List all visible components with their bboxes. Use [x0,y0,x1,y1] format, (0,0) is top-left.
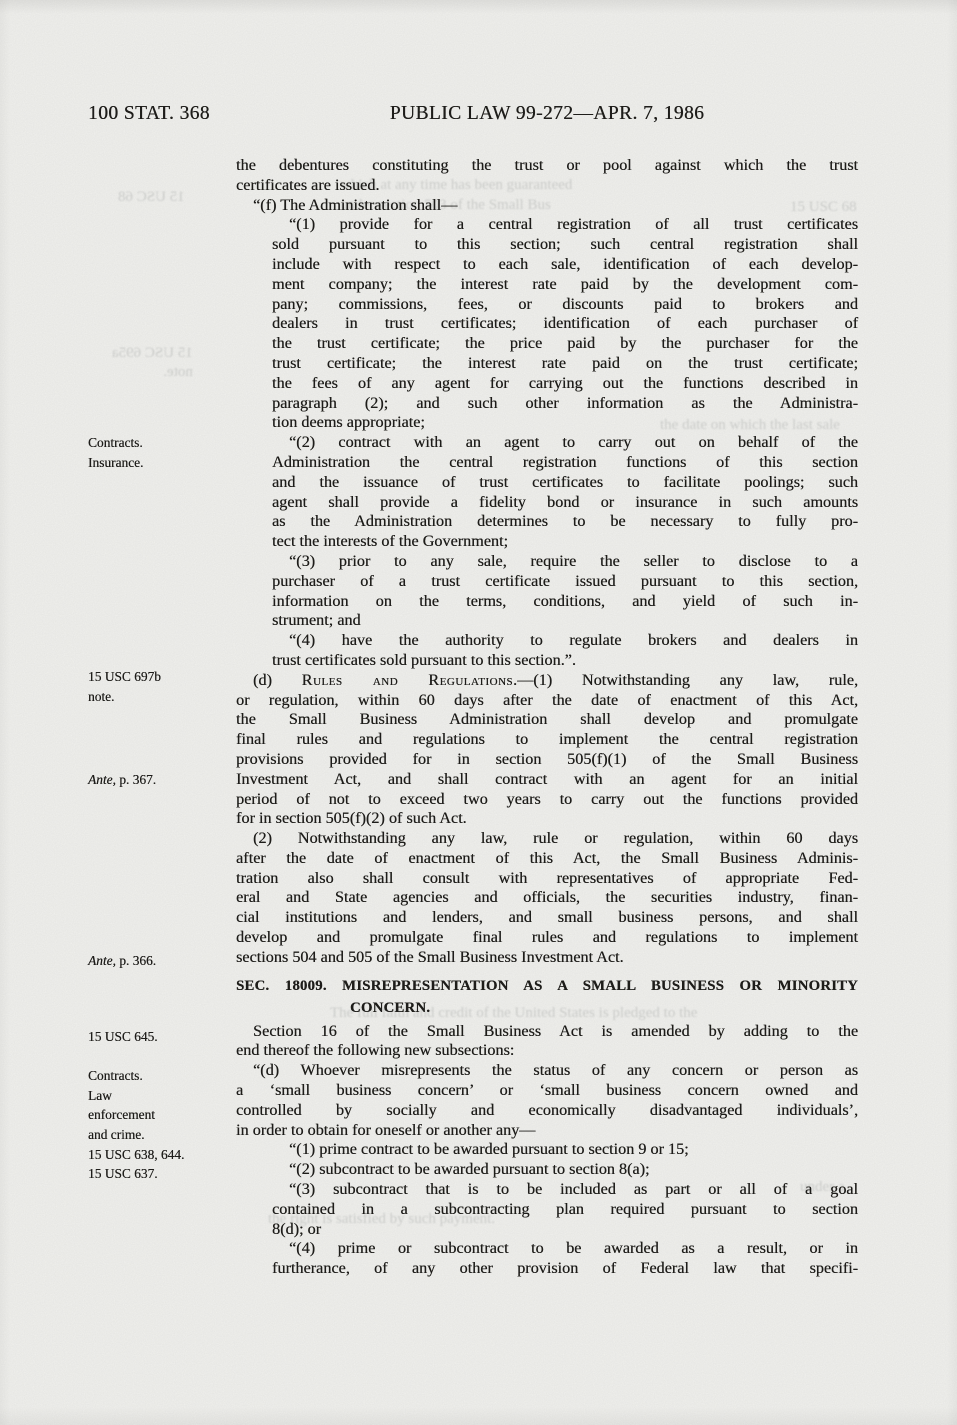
body-line: Section 16 of the Small Business Act is … [253,1022,858,1042]
body-line: include with respect to each sale, ident… [272,255,858,275]
body-line: tion deems appropriate; [272,413,858,433]
body-column: the debentures constituting the trust or… [236,156,858,1279]
body-line: paragraph (2); and such other informatio… [272,394,858,414]
margin-note-15usc645: 15 USC 645. [88,1027,228,1047]
body-line: after the date of enactment of this Act,… [236,849,858,869]
body-line: agent shall provide a fidelity bond or i… [272,493,858,513]
body-line: “(3) prior to any sale, require the sell… [289,552,858,572]
body-line: certificates are issued. [236,176,858,196]
body-line: “(4) have the authority to regulate brok… [289,631,858,651]
bleedthrough-text: 15 USC 68 [118,188,185,207]
body-line: strument; and [272,611,858,631]
margin-note-15usc638-644: 15 USC 638, 644. [88,1145,228,1165]
body-line: final rules and regulations to implement… [236,730,858,750]
body-line: “(d) Whoever misrepresents the status of… [253,1061,858,1081]
body-line: or regulation, within 60 days after the … [236,691,858,711]
body-line: information on the terms, conditions, an… [272,592,858,612]
body-line: the trust certificate; the price paid by… [272,334,858,354]
body-line: ment company; the interest rate paid by … [272,275,858,295]
page-stat-number: 100 STAT. 368 [88,103,210,125]
body-line: a ‘small business concern’ or ‘small bus… [236,1081,858,1101]
body-line: “(1) provide for a central registration … [289,215,858,235]
body-line: as the Administration determines to be n… [272,512,858,532]
running-head-law-title: PUBLIC LAW 99-272—APR. 7, 1986 [236,103,858,125]
body-line: Administration the central registration … [272,453,858,473]
body-line: and the issuance of trust certificates t… [272,473,858,493]
body-line: tration also shall consult with represen… [236,869,858,889]
body-line: for in section 505(f)(2) of such Act. [236,809,858,829]
body-line: contained in a subcontracting plan requi… [272,1200,858,1220]
body-line: period of not to exceed two years to car… [236,790,858,810]
body-line: “(2) contract with an agent to carry out… [289,433,858,453]
body-line: “(3) subcontract that is to be included … [289,1180,858,1200]
section-heading-line2: CONCERN. [350,997,858,1019]
body-line: develop and promulgate final rules and r… [236,928,858,948]
margin-note-15usc637: 15 USC 637. [88,1164,228,1184]
section-heading: SEC. 18009. MISREPRESENTATION AS A SMALL… [236,975,858,1019]
body-line: sections 504 and 505 of the Small Busine… [236,948,858,968]
margin-note-contracts-law-enforcement: Contracts. Law enforcement and crime. [88,1066,228,1144]
body-line: eral and State agencies and officials, t… [236,888,858,908]
body-line: “(2) subcontract to be awarded pursuant … [289,1160,858,1180]
body-line: “(f) The Administration shall— [253,196,858,216]
ante-italic: Ante, [88,953,116,968]
ante-page: p. 367. [116,772,156,787]
body-line: Investment Act, and shall contract with … [236,770,858,790]
body-line: furtherance, of any other provision of F… [272,1259,858,1279]
body-line: “(1) prime contract to be awarded pursua… [289,1140,858,1160]
scanned-statute-page: which at any time has been guaranteedund… [0,0,957,1425]
body-line: dealers in trust certificates; identific… [272,314,858,334]
body-line: the fees of any agent for carrying out t… [272,374,858,394]
body-line: in order to obtain for oneself or anothe… [236,1121,858,1141]
body-line: trust certificate; the interest rate pai… [272,354,858,374]
body-line: controlled by socially and economically … [236,1101,858,1121]
body-text-part1: the debentures constituting the trust or… [236,156,858,968]
margin-note-ante-367: Ante, p. 367. [88,770,228,790]
body-line: the Small Business Administration shall … [236,710,858,730]
ante-page: p. 366. [116,953,156,968]
margin-note-contracts-insurance: Contracts. Insurance. [88,433,228,472]
body-line: purchaser of a trust certificate issued … [272,572,858,592]
body-line: pany; commissions, fees, or discounts pa… [272,295,858,315]
body-line: 8(d); or [272,1220,858,1240]
body-line: provisions provided for in section 505(f… [236,750,858,770]
body-line: (d) Rules and Regulations.—(1) Notwithst… [253,671,858,691]
body-line: sold pursuant to this section; such cent… [272,235,858,255]
body-line: trust certificates sold pursuant to this… [272,651,858,671]
margin-note-ante-366: Ante, p. 366. [88,951,228,971]
ante-italic: Ante, [88,772,116,787]
body-line: the debentures constituting the trust or… [236,156,858,176]
section-heading-line1: SEC. 18009. MISREPRESENTATION AS A SMALL… [236,975,858,997]
body-line: (2) Notwithstanding any law, rule or reg… [253,829,858,849]
body-text-part2: Section 16 of the Small Business Act is … [236,1022,858,1279]
margin-note-15usc697b: 15 USC 697b note. [88,667,228,706]
body-line: tect the interests of the Government; [272,532,858,552]
body-line: “(4) prime or subcontract to be awarded … [289,1239,858,1259]
body-line: cial institutions and lenders, and small… [236,908,858,928]
body-line: end thereof the following new subsection… [236,1041,858,1061]
bleedthrough-text: 15 USC 695a note. [112,344,193,382]
